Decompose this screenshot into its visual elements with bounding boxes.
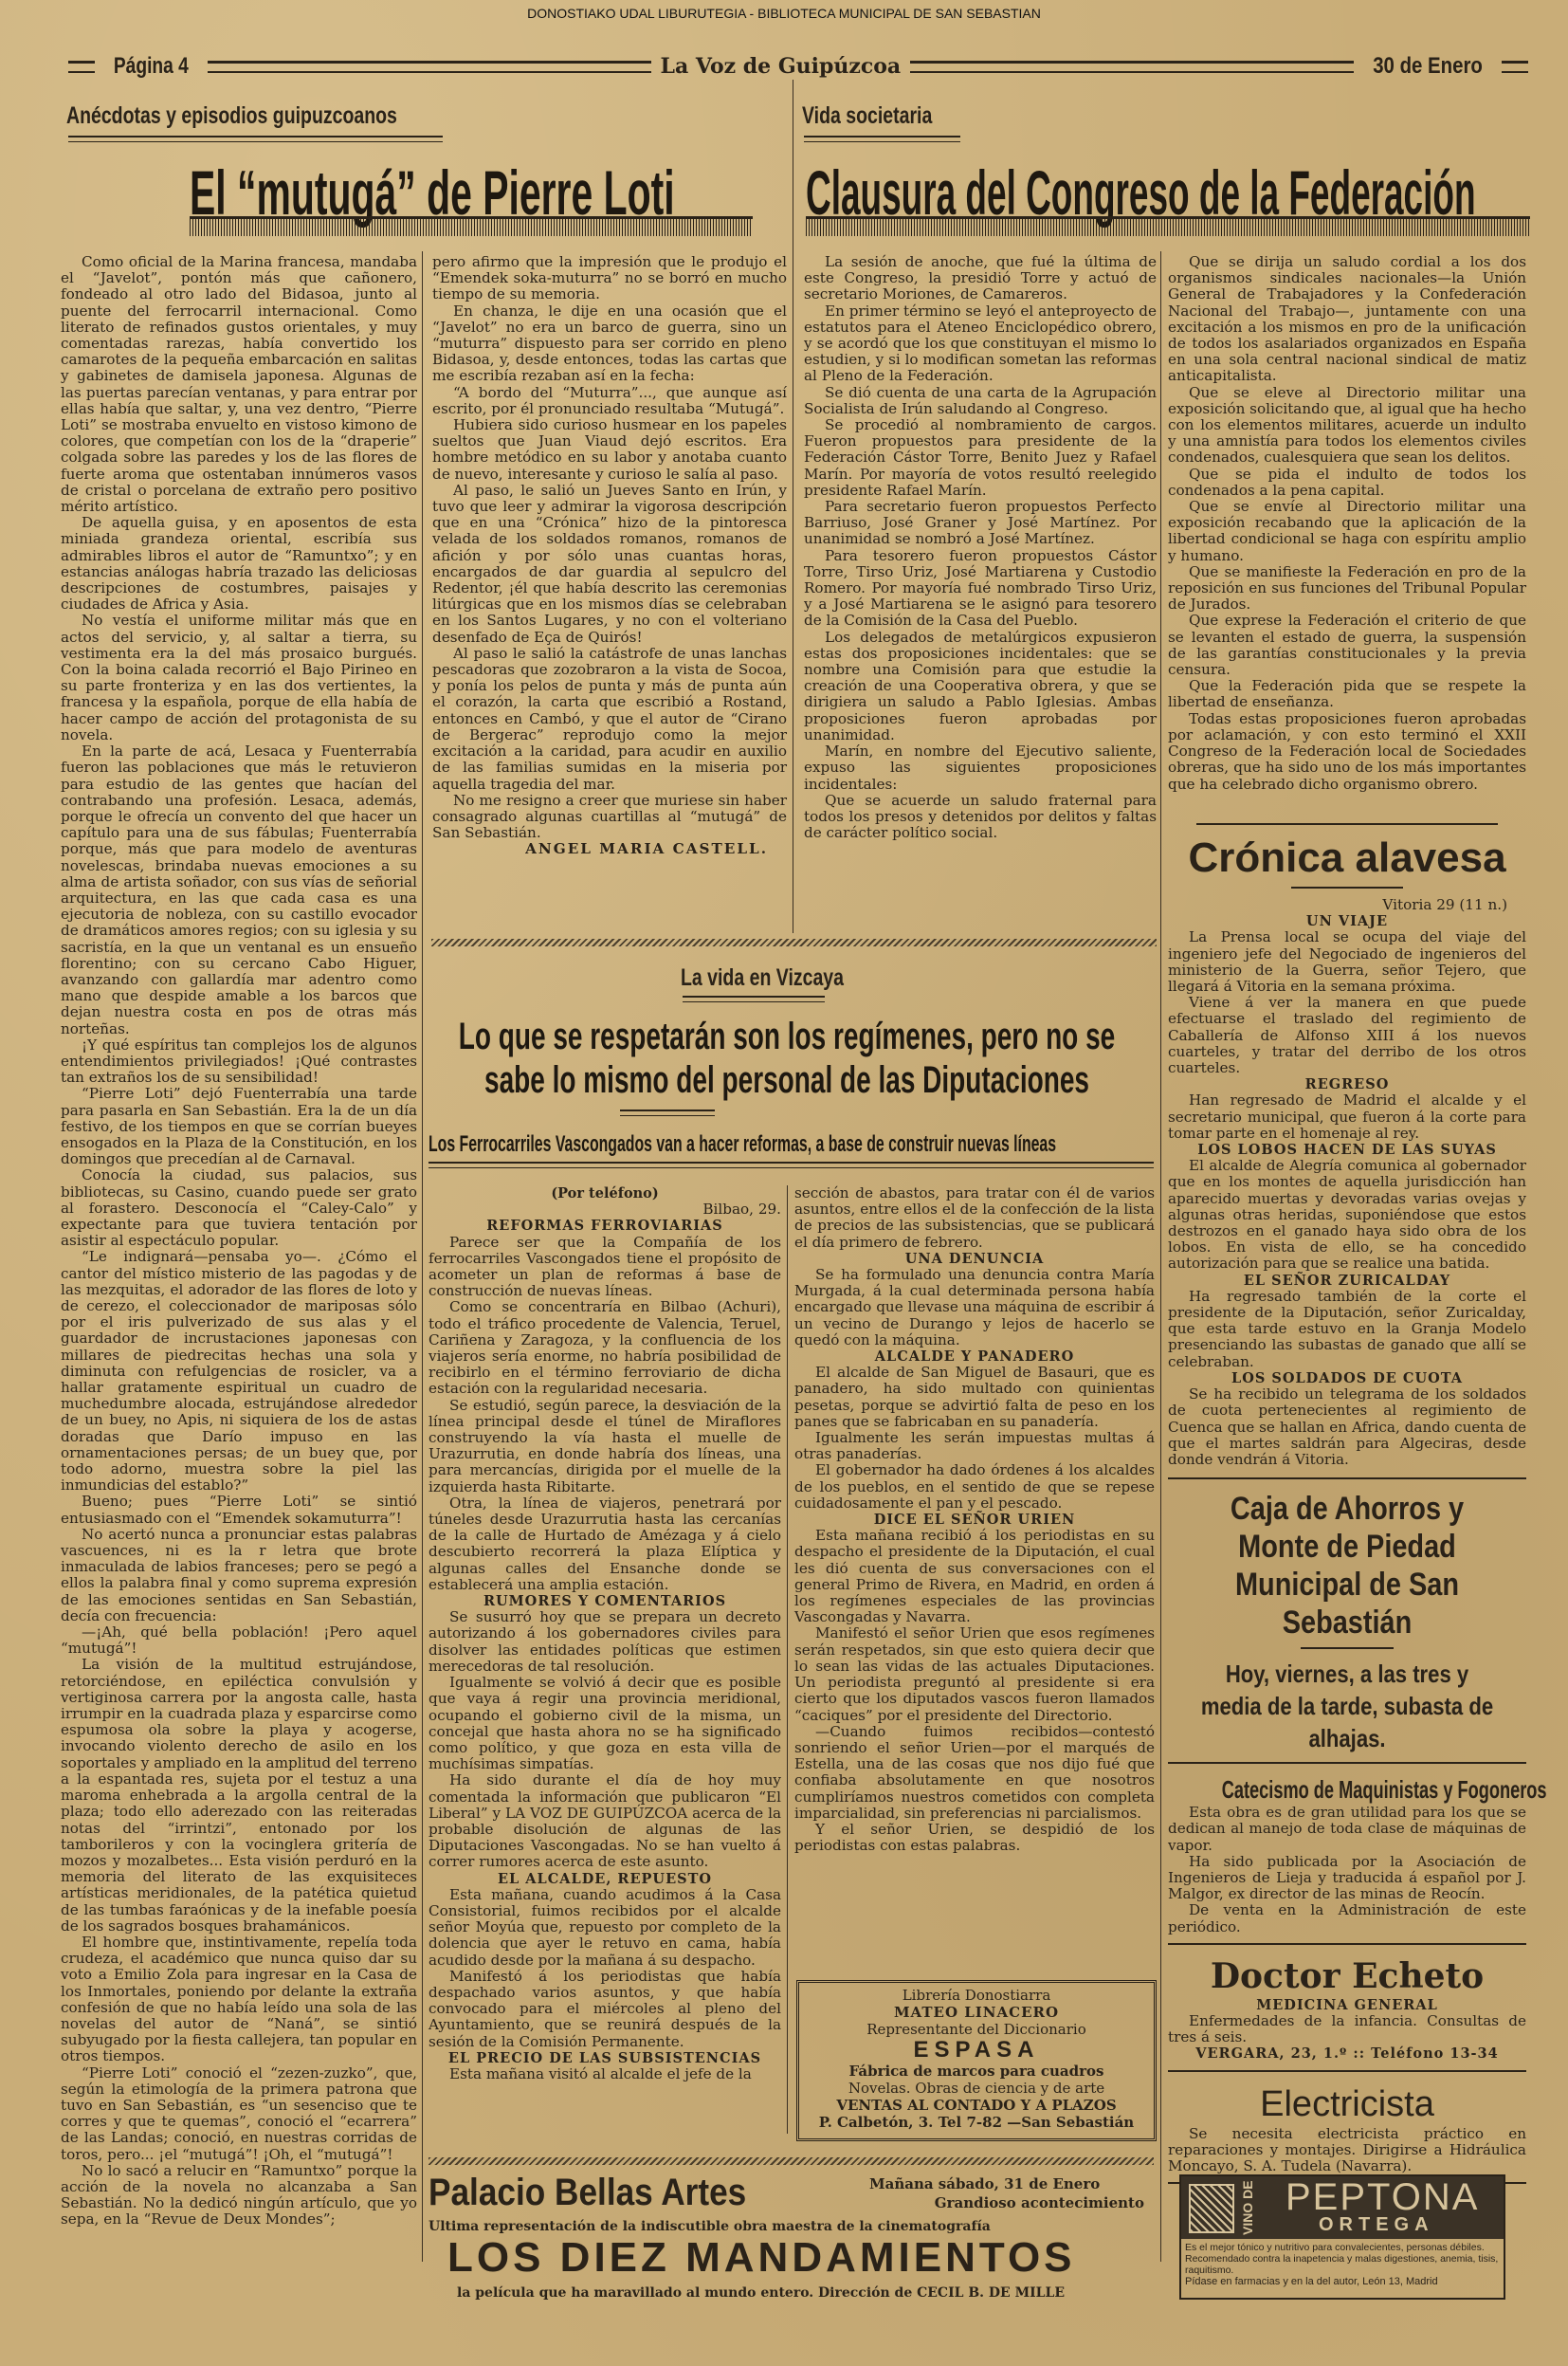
headline-rule (190, 216, 753, 236)
masthead: Página 4 La Voz de Guipúzcoa 30 de Enero (59, 55, 1538, 78)
page-number: Página 4 (114, 53, 189, 80)
headline-rule (620, 1110, 715, 1116)
masthead-rule (208, 61, 651, 73)
right-column: Crónica alavesa Vitoria 29 (11 n.) UN VI… (1168, 823, 1526, 2194)
archive-header: DONOSTIAKO UDAL LIBURUTEGIA - BIBLIOTECA… (0, 6, 1568, 21)
section-divider (431, 939, 1157, 946)
column-divider (787, 1185, 788, 2134)
issue-date: 30 de Enero (1373, 53, 1483, 80)
article-congreso-col2: Que se dirija un saludo cordial a los do… (1168, 254, 1526, 793)
ad-catecismo: Catecismo de Maquinistas y Fogoneros Est… (1168, 1774, 1526, 1935)
ad-doctor-echeto: Doctor Echeto MEDICINA GENERAL Enfermeda… (1168, 1955, 1526, 2063)
kicker-rule (683, 996, 825, 1002)
newspaper-title: La Voz de Guipúzcoa (661, 54, 902, 79)
subheadline-ferrocarriles: Los Ferrocarriles Vascongados van a hace… (428, 1131, 1056, 1158)
section-kicker-vizcaya: La vida en Vizcaya (681, 964, 844, 992)
article-congreso-col1: La sesión de anoche, que fué la última d… (804, 254, 1157, 841)
masthead-rule (910, 61, 1354, 73)
masthead-rule (68, 61, 95, 73)
headline-cronica-alavesa: Crónica alavesa (1168, 834, 1526, 883)
ad-caja-de-ahorros: Caja de Ahorros y Monte de Piedad Munici… (1168, 1490, 1526, 1754)
headline-vizcaya: Lo que se respetarán son los regímenes, … (428, 1015, 1145, 1102)
ad-electricista: Electricista Se necesita electricista pr… (1168, 2082, 1526, 2175)
cinema-tagline: Grandioso acontecimiento (935, 2194, 1144, 2211)
film-title: LOS DIEZ MANDAMIENTOS (447, 2234, 1076, 2282)
masthead-rule (1502, 61, 1528, 73)
cinema-date: Mañana sábado, 31 de Enero (869, 2175, 1100, 2192)
kicker-rule (804, 136, 960, 142)
ad-peptona-ortega: VINO DE PEPTONA ORTEGA Es el mejor tónic… (1179, 2174, 1505, 2300)
article-loti-col2: pero afirmo que la impresión que le prod… (432, 254, 787, 858)
cinema-venue: Palacio Bellas Artes (428, 2172, 746, 2214)
wine-emblem-icon (1189, 2184, 1234, 2233)
film-credit: la película que ha maravillado al mundo … (457, 2285, 1065, 2301)
dateline: Vitoria 29 (11 n.) (1168, 897, 1526, 913)
author-signature: ANGEL MARIA CASTELL. (432, 841, 787, 857)
ad-palacio-bellas-artes: Palacio Bellas Artes Mañana sábado, 31 d… (428, 2172, 1154, 2290)
byline: (Por teléfono) (428, 1185, 781, 1201)
section-divider (428, 2157, 1154, 2165)
kicker-rule (68, 136, 443, 142)
column-divider (793, 80, 793, 933)
headline-rule (806, 216, 1530, 236)
article-vizcaya-col1: (Por teléfono) Bilbao, 29. REFORMAS FERR… (428, 1185, 781, 2082)
subheadline-rule (428, 1162, 1154, 1168)
column-divider (1160, 251, 1161, 2262)
dateline: Bilbao, 29. (428, 1201, 781, 1218)
cinema-intro: Ultima representación de la indiscutible… (428, 2219, 991, 2234)
ad-libreria-donostiarra: Librería Donostiarra MATEO LINACERO Repr… (796, 1980, 1157, 2141)
article-loti-col1: Como oficial de la Marina francesa, mand… (61, 254, 417, 2228)
section-kicker-vida-societaria: Vida societaria (802, 102, 932, 130)
column-divider (422, 251, 423, 2262)
article-vizcaya-col2: sección de abastos, para tratar con él d… (794, 1185, 1155, 1854)
section-kicker-anecdotas: Anécdotas y episodios guipuzcoanos (66, 102, 397, 130)
